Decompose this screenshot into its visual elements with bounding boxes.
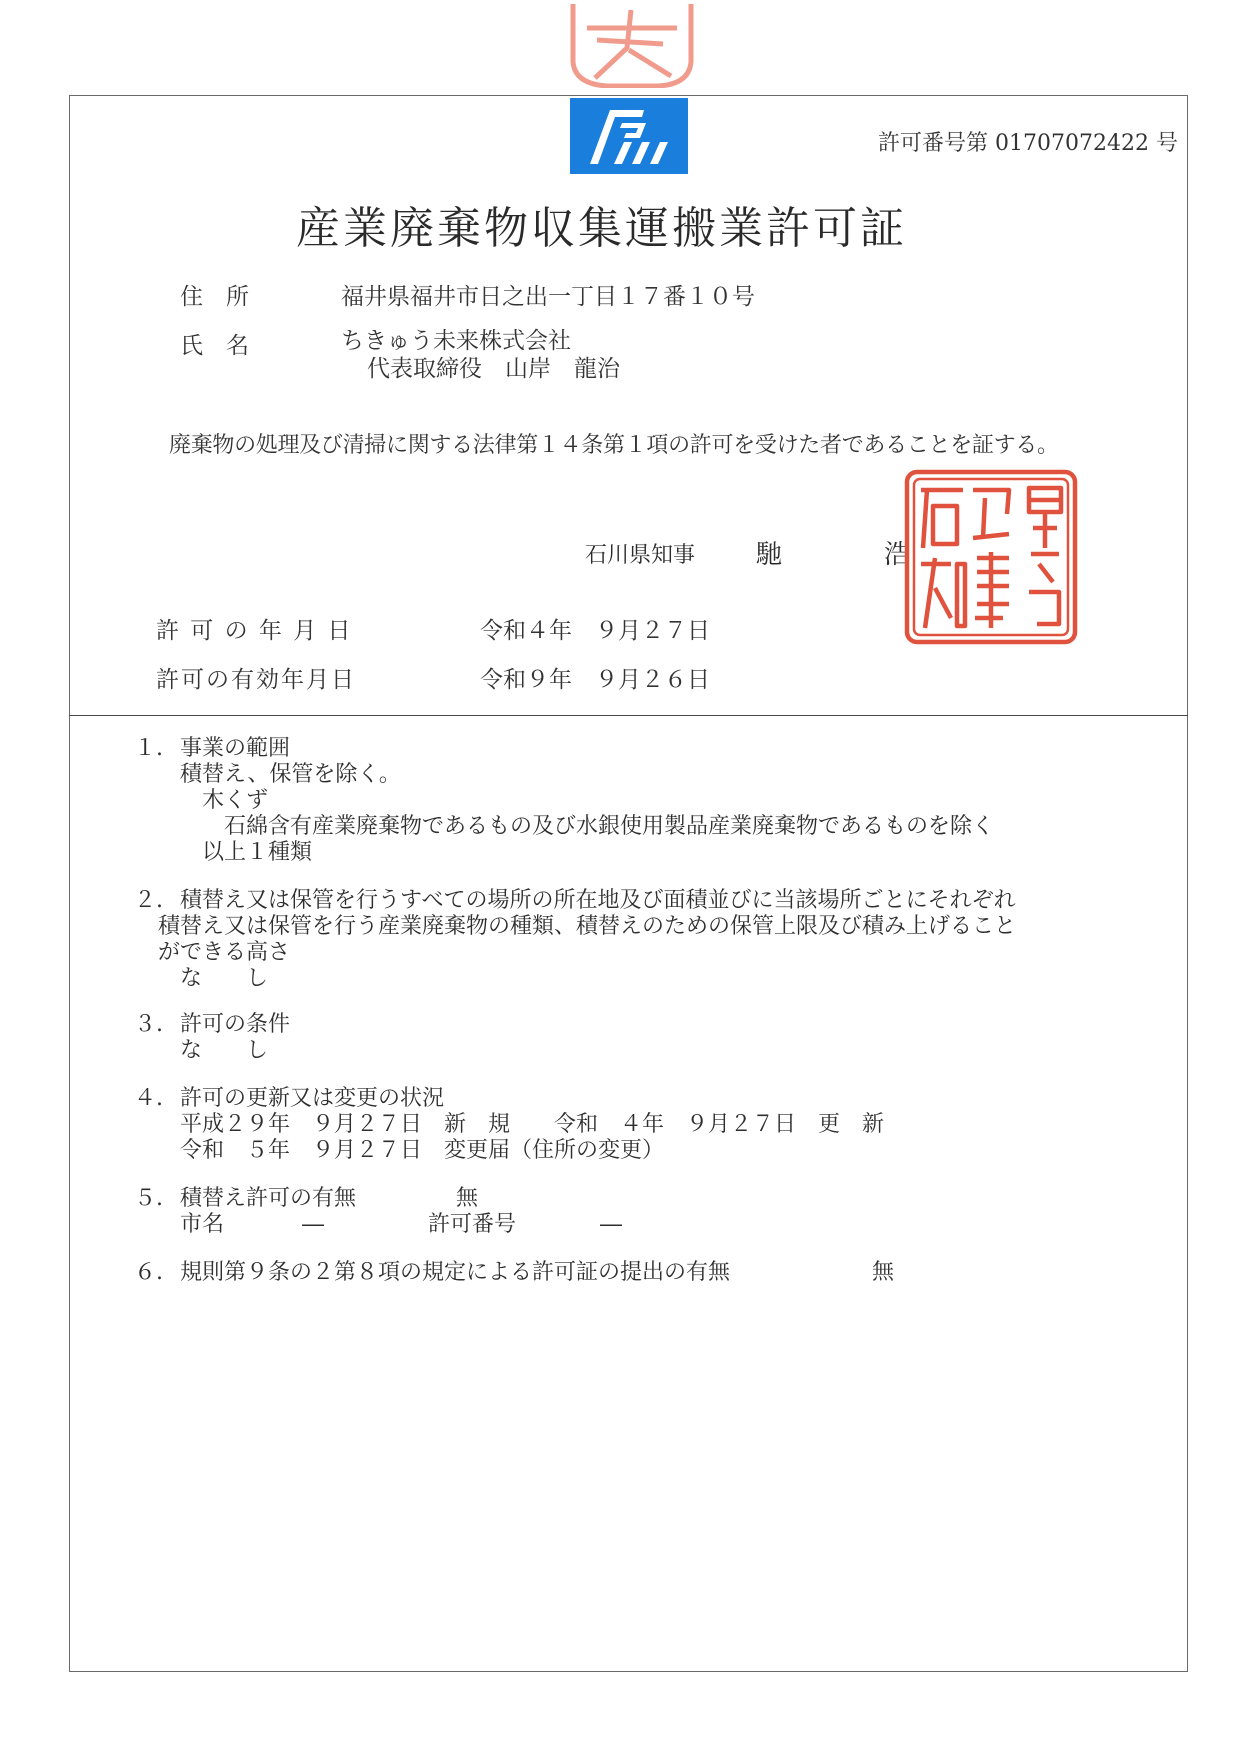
section-line: 令和 ５年 ９月２７日 変更届（住所の変更） xyxy=(180,1138,664,1164)
issue-date-label: 許 可 の 年 月 日 xyxy=(156,612,353,645)
section-line: ができる高さ xyxy=(158,940,290,966)
permit-no-label: 許可番号 xyxy=(428,1212,516,1238)
permit-number: 許可番号第 01707072422 号 xyxy=(878,126,1178,157)
section-line: 以上１種類 xyxy=(180,840,312,866)
permit-no-value: ― xyxy=(600,1212,622,1238)
section-heading-value: 無 xyxy=(872,1260,894,1286)
expiry-date-value: 令和９年 ９月２６日 xyxy=(480,661,710,694)
section-number: ２. xyxy=(134,888,163,914)
section-number: １. xyxy=(134,736,163,762)
expiry-date-label: 許可の有効年月日 xyxy=(156,661,356,694)
section-heading: 規則第９条の２第８項の規定による許可証の提出の有無 xyxy=(180,1260,730,1286)
name-label: 氏 名 xyxy=(180,327,249,360)
governor-seal-stamp-icon xyxy=(903,468,1079,646)
section-line: な し xyxy=(158,966,268,992)
section-heading-value: 無 xyxy=(456,1186,478,1212)
certification-statement: 廃棄物の処理及び清掃に関する法律第１４条第１項の許可を受けた者であることを証する… xyxy=(169,428,1059,459)
section-number: ５. xyxy=(134,1186,163,1212)
section-line: な し xyxy=(180,1038,268,1064)
section-heading: 許可の条件 xyxy=(180,1012,290,1038)
section-divider xyxy=(69,715,1188,716)
section-line: 石綿含有産業廃棄物であるもの及び水銀使用製品産業廃棄物であるものを除く xyxy=(180,814,994,840)
representative-name: 代表取締役 山岸 龍治 xyxy=(367,350,620,383)
section-heading: 許可の更新又は変更の状況 xyxy=(180,1086,444,1112)
section-number: ４. xyxy=(134,1086,163,1112)
issuer-title: 石川県知事 xyxy=(585,538,695,569)
section-line: 木くず xyxy=(180,788,268,814)
section-line: 平成２９年 ９月２７日 新 規 令和 ４年 ９月２７日 更 新 xyxy=(180,1112,884,1138)
document-title: 産業廃棄物収集運搬業許可証 xyxy=(296,192,907,256)
section-line: 積替え、保管を除く。 xyxy=(180,762,401,788)
section-number: ３. xyxy=(134,1012,163,1038)
prefecture-logo-icon xyxy=(570,98,688,174)
section-number: ６. xyxy=(134,1260,163,1286)
city-value: ― xyxy=(302,1212,324,1238)
address-value: 福井県福井市日之出一丁目１７番１０号 xyxy=(341,278,755,311)
city-label: 市名 xyxy=(180,1212,224,1238)
section-line: 積替え又は保管を行う産業廃棄物の種類、積替えのための保管上限及び積み上げること xyxy=(158,914,1016,940)
issuer-name-first: 馳 xyxy=(756,534,782,571)
section-heading: 事業の範囲 xyxy=(180,736,290,762)
section-heading: 積替え許可の有無 xyxy=(180,1186,356,1212)
address-label: 住 所 xyxy=(180,278,249,311)
section-heading: 積替え又は保管を行うすべての場所の所在地及び面積並びに当該場所ごとにそれぞれ xyxy=(180,888,1016,914)
partial-seal-stamp-icon xyxy=(567,0,695,88)
issue-date-value: 令和４年 ９月２７日 xyxy=(480,612,710,645)
